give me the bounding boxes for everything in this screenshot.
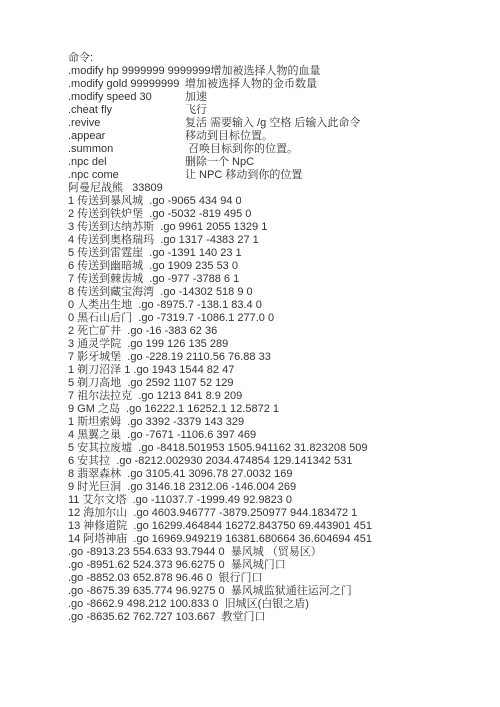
teleport-line: 13 神修道院 .go 16299.464844 16272.843750 69… bbox=[68, 520, 470, 533]
command-description: 删除一个 NpC bbox=[185, 156, 470, 169]
teleport-line: .go -8662.9 498.212 100.833 0 旧城区(白银之盾) bbox=[68, 598, 470, 611]
teleport-line: .go -8675.39 635.774 96.9275 0 暴风城监狱通往运河… bbox=[68, 585, 470, 598]
teleport-line: 5 传送到雷霆崖 .go -1391 140 23 1 bbox=[68, 247, 470, 260]
command-description: 增加被选择人物的金币数量 bbox=[185, 78, 470, 91]
command-row: .npc del删除一个 NpC bbox=[68, 156, 470, 169]
command-row: .modify gold 99999999增加被选择人物的金币数量 bbox=[68, 78, 470, 91]
teleport-line: 11 艾尔文塔 .go -11037.7 -1999.49 92.9823 0 bbox=[68, 494, 470, 507]
command-description: 加速 bbox=[185, 91, 470, 104]
command-list: .modify hp 9999999 9999999增加被选择人物的血量.mod… bbox=[68, 65, 470, 182]
teleport-line: 14 阿塔神庙 .go 16969.949219 16381.680664 36… bbox=[68, 533, 470, 546]
teleport-line: 6 安其拉 .go -8212.002930 2034.474854 129.1… bbox=[68, 455, 470, 468]
command-text: .cheat fly bbox=[68, 104, 185, 117]
teleport-line: 5 剃刀高地 .go 2592 1107 52 129 bbox=[68, 377, 470, 390]
teleport-line: 12 海加尔山 .go 4603.946777 -3879.250977 944… bbox=[68, 507, 470, 520]
teleport-line: 0 黑石山后门 .go -7319.7 -1086.1 277.0 0 bbox=[68, 312, 470, 325]
teleport-line: 1 剃刀沼泽 1 .go 1943 1544 82 47 bbox=[68, 364, 470, 377]
command-text: .revive bbox=[68, 117, 185, 130]
teleport-line: 5 安其拉废墟 .go -8418.501953 1505.941162 31.… bbox=[68, 442, 470, 455]
teleport-line: 3 通灵学院 .go 199 126 135 289 bbox=[68, 338, 470, 351]
teleport-line: 7 祖尔法拉克 .go 1213 841 8.9 209 bbox=[68, 390, 470, 403]
command-text: .modify speed 30 bbox=[68, 91, 185, 104]
teleport-line: 8 翡翠森林 .go 3105.41 3096.78 27.0032 169 bbox=[68, 468, 470, 481]
command-description: 飞行 bbox=[185, 104, 470, 117]
teleport-line: .go -8913.23 554.633 93.7944 0 暴风城 （贸易区） bbox=[68, 546, 470, 559]
teleport-line: 4 传送到奥格瑞玛 .go 1317 -4383 27 1 bbox=[68, 234, 470, 247]
teleport-line: 2 传送到铁炉堡 .go -5032 -819 495 0 bbox=[68, 208, 470, 221]
command-description: 召唤目标到你的位置。 bbox=[185, 143, 470, 156]
command-row: .modify speed 30加速 bbox=[68, 91, 470, 104]
command-row: .cheat fly飞行 bbox=[68, 104, 470, 117]
command-description: 让 NPC 移动到你的位置 bbox=[185, 169, 470, 182]
subheading: 阿曼尼战熊 33809 bbox=[68, 182, 470, 195]
teleport-line: 0 人类出生地 .go -8975.7 -138.1 83.4 0 bbox=[68, 299, 470, 312]
teleport-line: 6 传送到幽暗城 .go 1909 235 53 0 bbox=[68, 260, 470, 273]
teleport-line: 2 死亡矿井 .go -16 -383 62 36 bbox=[68, 325, 470, 338]
teleport-line: 9 GM 之岛 .go 16222.1 16252.1 12.5872 1 bbox=[68, 403, 470, 416]
teleport-line: 9 时光巨洞 .go 3146.18 2312.06 -146.004 269 bbox=[68, 481, 470, 494]
command-description: 增加被选择人物的血量 bbox=[211, 65, 470, 78]
teleport-list: 1 传送到暴风城 .go -9065 434 94 02 传送到铁炉堡 .go … bbox=[68, 195, 470, 624]
teleport-line: .go -8635.62 762.727 103.667 教堂门口 bbox=[68, 611, 470, 624]
teleport-line: 1 传送到暴风城 .go -9065 434 94 0 bbox=[68, 195, 470, 208]
command-description: 移动到目标位置。 bbox=[185, 130, 470, 143]
command-text: .modify gold 99999999 bbox=[68, 78, 185, 91]
command-text: .summon bbox=[68, 143, 185, 156]
command-text: .modify hp 9999999 9999999 bbox=[68, 65, 211, 78]
command-row: .revive复活 需要输入 /g 空格 后输入此命令 bbox=[68, 117, 470, 130]
teleport-line: 4 黑翼之巢 .go -7671 -1106.6 397 469 bbox=[68, 429, 470, 442]
teleport-line: 7 影牙城堡 .go -228.19 2110.56 76.88 33 bbox=[68, 351, 470, 364]
teleport-line: 7 传送到棘齿城 .go -977 -3788 6 1 bbox=[68, 273, 470, 286]
command-row: .appear移动到目标位置。 bbox=[68, 130, 470, 143]
command-description: 复活 需要输入 /g 空格 后输入此命令 bbox=[185, 117, 470, 130]
command-row: .summon 召唤目标到你的位置。 bbox=[68, 143, 470, 156]
teleport-line: 3 传送到达纳苏斯 .go 9961 2055 1329 1 bbox=[68, 221, 470, 234]
command-row: .npc come让 NPC 移动到你的位置 bbox=[68, 169, 470, 182]
command-row: .modify hp 9999999 9999999增加被选择人物的血量 bbox=[68, 65, 470, 78]
heading: 命令: bbox=[68, 52, 470, 65]
teleport-line: .go -8852.03 652.878 96.46 0 银行门口 bbox=[68, 572, 470, 585]
command-text: .appear bbox=[68, 130, 185, 143]
command-text: .npc del bbox=[68, 156, 185, 169]
command-text: .npc come bbox=[68, 169, 185, 182]
document-page: 命令: .modify hp 9999999 9999999增加被选择人物的血量… bbox=[0, 0, 500, 707]
teleport-line: 8 传送到藏宝海湾 .go -14302 518 9 0 bbox=[68, 286, 470, 299]
teleport-line: 1 斯坦索姆 .go 3392 -3379 143 329 bbox=[68, 416, 470, 429]
teleport-line: .go -8951.62 524.373 96.6275 0 暴风城门口 bbox=[68, 559, 470, 572]
